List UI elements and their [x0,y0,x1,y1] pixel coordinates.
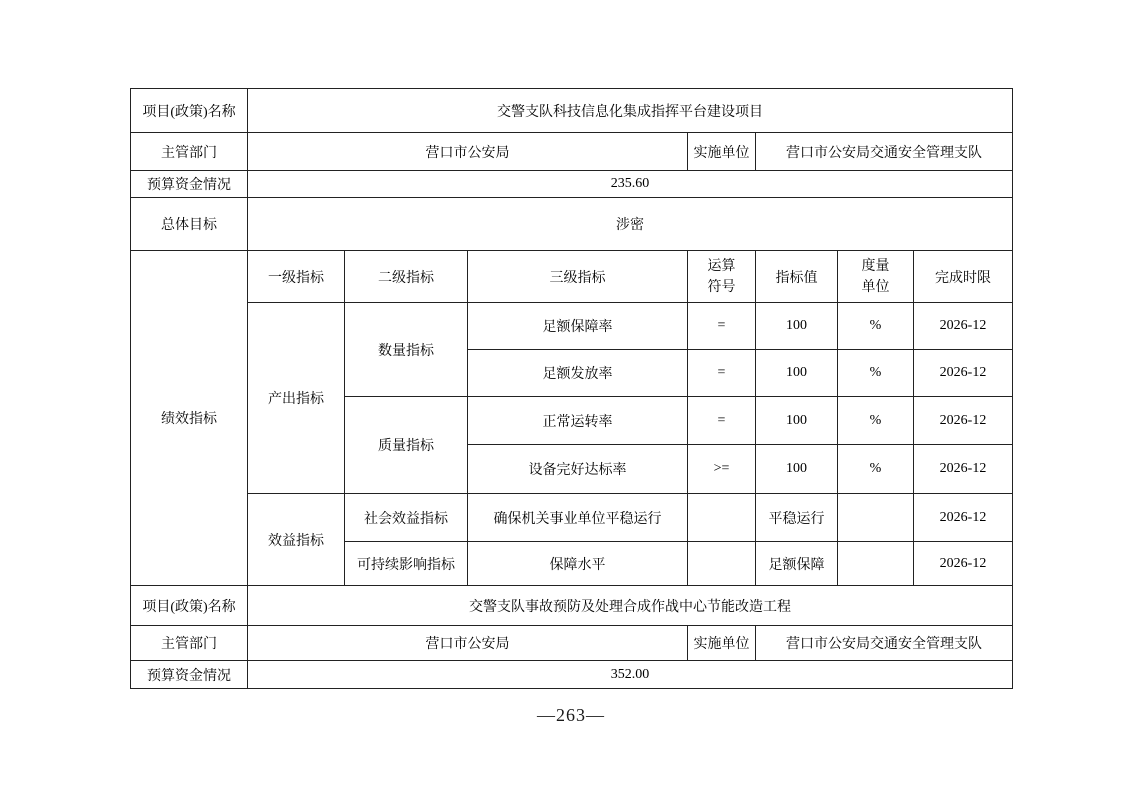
level3-cell: 足额保障率 [468,303,688,350]
page-number: —263— [130,705,1012,726]
perf-indicator-label: 绩效指标 [131,251,248,586]
level3-cell: 足额发放率 [468,350,688,397]
deadline-cell: 2026-12 [914,542,1013,586]
unit-cell [838,494,914,542]
implement-unit-label: 实施单位 [688,626,756,661]
project2-implement-unit-value: 营口市公安局交通安全管理支队 [756,626,1013,661]
project2-name-row: 项目(政策)名称 交警支队事故预防及处理合成作战中心节能改造工程 [131,586,1013,626]
project2-budget-value: 352.00 [248,661,1013,689]
operator-cell: = [688,303,756,350]
project1-department-row: 主管部门 营口市公安局 实施单位 营口市公安局交通安全管理支队 [131,133,1013,171]
project1-goal-row: 总体目标 涉密 [131,198,1013,251]
project2-department-row: 主管部门 营口市公安局 实施单位 营口市公安局交通安全管理支队 [131,626,1013,661]
group-output-indicator: 产出指标 [248,303,345,494]
unit-cell: % [838,350,914,397]
project-name-label: 项目(政策)名称 [131,586,248,626]
value-cell: 100 [756,445,838,494]
budget-label: 预算资金情况 [131,171,248,198]
header-level2-indicator: 二级指标 [345,251,468,303]
value-cell: 100 [756,303,838,350]
deadline-cell: 2026-12 [914,494,1013,542]
value-cell: 平稳运行 [756,494,838,542]
unit-cell: % [838,445,914,494]
operator-cell [688,542,756,586]
header-indicator-value: 指标值 [756,251,838,303]
group-quantity-indicator: 数量指标 [345,303,468,397]
project1-table: 项目(政策)名称 交警支队科技信息化集成指挥平台建设项目 主管部门 营口市公安局… [130,88,1013,586]
value-cell: 100 [756,350,838,397]
implement-unit-label: 实施单位 [688,133,756,171]
unit-cell: % [838,303,914,350]
unit-cell: % [838,397,914,445]
project1-name-row: 项目(政策)名称 交警支队科技信息化集成指挥平台建设项目 [131,89,1013,133]
department-label: 主管部门 [131,133,248,171]
project1-budget-value: 235.60 [248,171,1013,198]
header-measure-unit: 度量 单位 [838,251,914,303]
operator-cell: = [688,350,756,397]
deadline-cell: 2026-12 [914,445,1013,494]
department-label: 主管部门 [131,626,248,661]
group-sustainable-indicator: 可持续影响指标 [345,542,468,586]
deadline-cell: 2026-12 [914,303,1013,350]
indicator-row: 产出指标 数量指标 足额保障率 = 100 % 2026-12 [131,303,1013,350]
value-cell: 足额保障 [756,542,838,586]
budget-label: 预算资金情况 [131,661,248,689]
level3-cell: 设备完好达标率 [468,445,688,494]
indicator-header-row: 绩效指标 一级指标 二级指标 三级指标 运算 符号 指标值 度量 单位 完成时限 [131,251,1013,303]
group-quality-indicator: 质量指标 [345,397,468,494]
operator-cell: >= [688,445,756,494]
indicator-row: 效益指标 社会效益指标 确保机关事业单位平稳运行 平稳运行 2026-12 [131,494,1013,542]
group-social-benefit-indicator: 社会效益指标 [345,494,468,542]
project-name-label: 项目(政策)名称 [131,89,248,133]
level3-cell: 确保机关事业单位平稳运行 [468,494,688,542]
overall-goal-label: 总体目标 [131,198,248,251]
project1-goal-value: 涉密 [248,198,1013,251]
deadline-cell: 2026-12 [914,397,1013,445]
project1-implement-unit-value: 营口市公安局交通安全管理支队 [756,133,1013,171]
level3-cell: 正常运转率 [468,397,688,445]
document-page: 项目(政策)名称 交警支队科技信息化集成指挥平台建设项目 主管部门 营口市公安局… [0,0,1122,793]
project1-name-value: 交警支队科技信息化集成指挥平台建设项目 [248,89,1013,133]
header-deadline: 完成时限 [914,251,1013,303]
operator-cell [688,494,756,542]
header-level1-indicator: 一级指标 [248,251,345,303]
project2-department-value: 营口市公安局 [248,626,688,661]
operator-cell: = [688,397,756,445]
unit-cell [838,542,914,586]
project1-department-value: 营口市公安局 [248,133,688,171]
project1-budget-row: 预算资金情况 235.60 [131,171,1013,198]
deadline-cell: 2026-12 [914,350,1013,397]
project2-budget-row: 预算资金情况 352.00 [131,661,1013,689]
project2-table: 项目(政策)名称 交警支队事故预防及处理合成作战中心节能改造工程 主管部门 营口… [130,585,1013,689]
header-level3-indicator: 三级指标 [468,251,688,303]
header-operator: 运算 符号 [688,251,756,303]
project2-name-value: 交警支队事故预防及处理合成作战中心节能改造工程 [248,586,1013,626]
level3-cell: 保障水平 [468,542,688,586]
value-cell: 100 [756,397,838,445]
group-benefit-indicator: 效益指标 [248,494,345,586]
budget-report-content: 项目(政策)名称 交警支队科技信息化集成指挥平台建设项目 主管部门 营口市公安局… [130,88,1012,726]
